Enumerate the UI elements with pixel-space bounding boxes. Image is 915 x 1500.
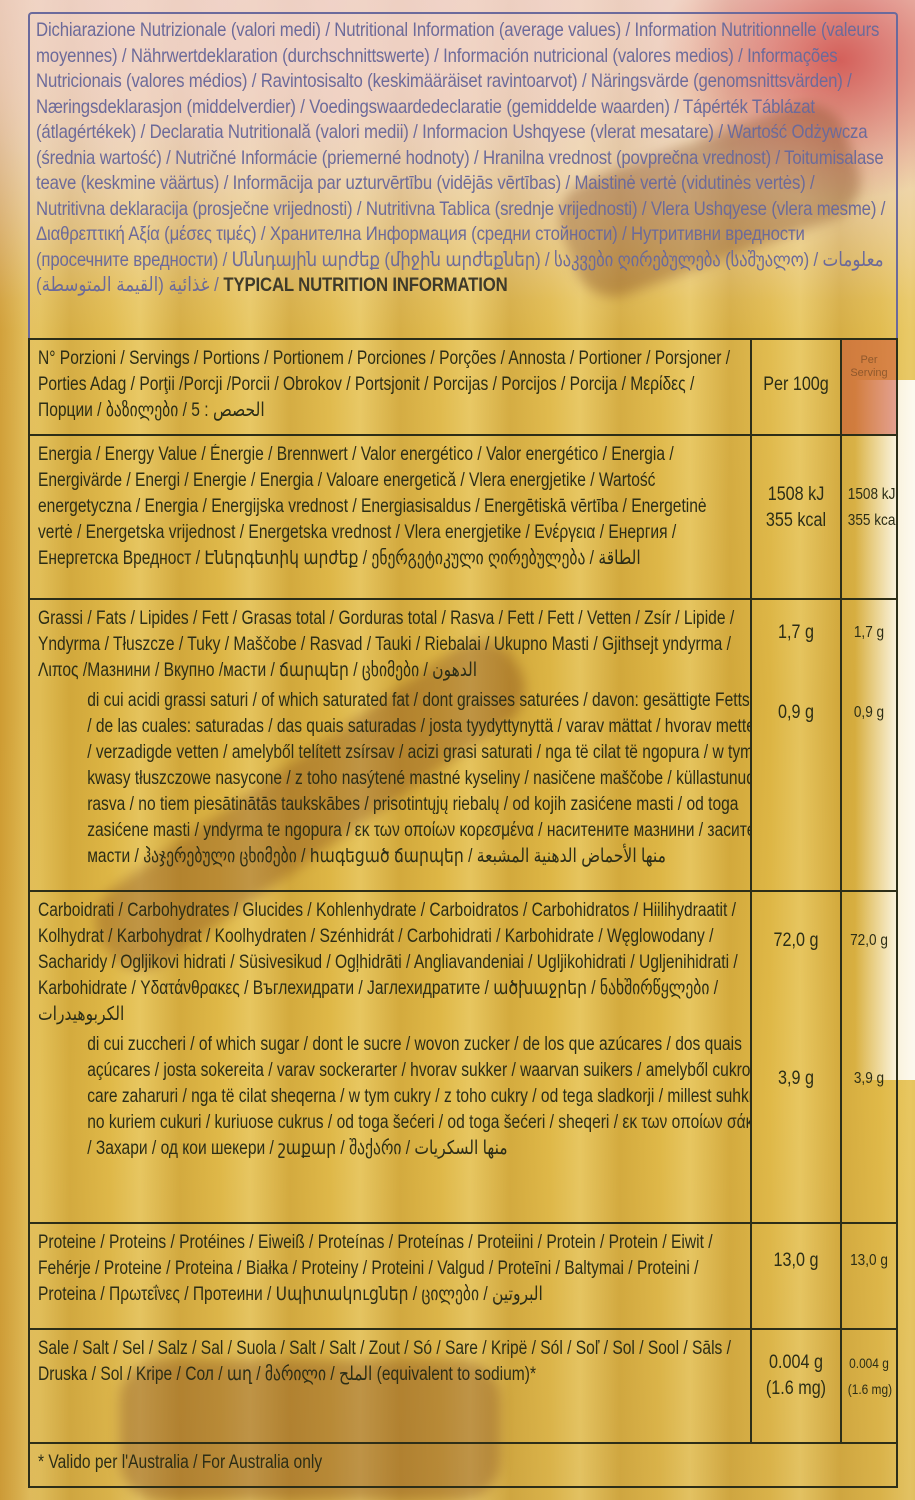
- proteins-label: Proteine / Proteins / Protéines / Eiweiß…: [38, 1230, 743, 1308]
- proteins-label-cell: Proteine / Proteins / Protéines / Eiweiß…: [30, 1224, 750, 1328]
- australia-footnote-cell: * Valido per l'Australia / For Australia…: [30, 1444, 393, 1486]
- saturated-fat-per-serving: 0,9 g: [848, 700, 891, 726]
- energy-label-cell: Energia / Energy Value / Énergie / Brenn…: [30, 436, 750, 598]
- energy-row: Energia / Energy Value / Énergie / Brenn…: [30, 436, 896, 600]
- sugars-label: di cui zuccheri / of which sugar / dont …: [38, 1032, 750, 1162]
- proteins-per-100g: 13,0 g: [750, 1224, 840, 1328]
- salt-per-serving: 0.004 g (1.6 mg): [840, 1330, 896, 1442]
- saturated-fat-label: di cui acidi grassi saturi / of which sa…: [38, 688, 750, 870]
- servings-label-cell: N° Porzioni / Servings / Portions / Port…: [30, 340, 750, 434]
- energy-per-100g: 1508 kJ 355 kcal: [750, 436, 840, 598]
- declaration-multilingual: Dichiarazione Nutrizionale (valori medi)…: [36, 19, 885, 296]
- proteins-per-serving: 13,0 g: [840, 1224, 896, 1328]
- carbohydrates-per-serving: 72,0 g 3,9 g: [840, 892, 896, 1222]
- fats-row: Grassi / Fats / Lipides / Fett / Grasas …: [30, 600, 896, 892]
- per-serving-header: Per Serving: [840, 340, 896, 434]
- servings-label: N° Porzioni / Servings / Portions / Port…: [38, 346, 743, 424]
- footnote-row: * Valido per l'Australia / For Australia…: [30, 1444, 896, 1486]
- sugars-per-serving: 3,9 g: [848, 1066, 891, 1092]
- carbohydrates-label: Carboidrati / Carbohydrates / Glucides /…: [38, 898, 743, 1028]
- energy-per-serving: 1508 kJ 355 kcal: [840, 436, 896, 598]
- salt-label-cell: Sale / Salt / Sel / Salz / Sal / Suola /…: [30, 1330, 750, 1442]
- saturated-fat-per-100g: 0,9 g: [762, 700, 830, 726]
- fats-label-cell: Grassi / Fats / Lipides / Fett / Grasas …: [30, 600, 750, 890]
- servings-row: N° Porzioni / Servings / Portions / Port…: [30, 340, 896, 436]
- nutrition-table: N° Porzioni / Servings / Portions / Port…: [28, 338, 898, 1488]
- carbohydrates-row: Carboidrati / Carbohydrates / Glucides /…: [30, 892, 896, 1224]
- carbohydrates-label-cell: Carboidrati / Carbohydrates / Glucides /…: [30, 892, 750, 1222]
- nutrition-header: Dichiarazione Nutrizionale (valori medi)…: [36, 18, 887, 299]
- per-100g-header: Per 100g: [750, 340, 840, 434]
- energy-label: Energia / Energy Value / Énergie / Brenn…: [38, 442, 743, 572]
- salt-per-100g: 0.004 g (1.6 mg): [750, 1330, 840, 1442]
- fats-label: Grassi / Fats / Lipides / Fett / Grasas …: [38, 606, 743, 684]
- typical-nutrition-title: TYPICAL NUTRITION INFORMATION: [223, 274, 507, 296]
- australia-footnote: * Valido per l'Australia / For Australia…: [38, 1450, 322, 1476]
- carbohydrates-per-100g: 72,0 g 3,9 g: [750, 892, 840, 1222]
- sugars-per-100g: 3,9 g: [762, 1066, 830, 1092]
- salt-row: Sale / Salt / Sel / Salz / Sal / Suola /…: [30, 1330, 896, 1444]
- proteins-row: Proteine / Proteins / Protéines / Eiweiß…: [30, 1224, 896, 1330]
- salt-label: Sale / Salt / Sel / Salz / Sal / Suola /…: [38, 1336, 743, 1388]
- fats-per-serving: 1,7 g 0,9 g: [840, 600, 896, 890]
- fats-per-100g: 1,7 g 0,9 g: [750, 600, 840, 890]
